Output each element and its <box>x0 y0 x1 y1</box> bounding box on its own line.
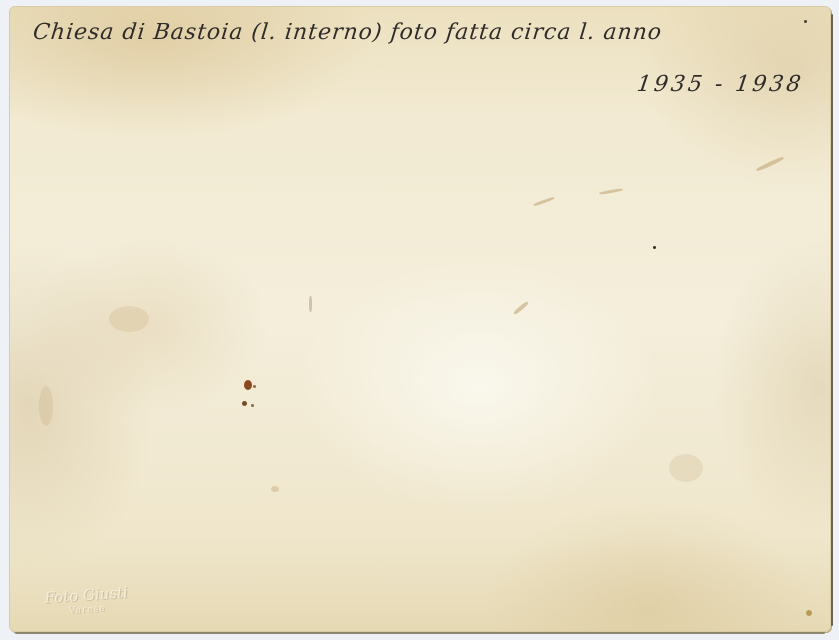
paper-stain <box>756 156 785 172</box>
rust-stain <box>251 404 254 407</box>
dust-speck <box>804 20 807 23</box>
rust-stain <box>244 380 252 390</box>
paper-stain <box>533 196 555 206</box>
paper-stain <box>271 486 279 492</box>
photo-back-card: Chiesa di Bastoia (l. interno) foto fatt… <box>9 6 831 632</box>
paper-stain <box>309 296 312 312</box>
handwritten-caption: Chiesa di Bastoia (l. interno) foto fatt… <box>32 20 664 45</box>
embossed-photographer-stamp: Foto Giusti Varese <box>44 585 129 621</box>
dust-speck <box>806 610 812 616</box>
paper-stain <box>599 188 623 195</box>
rust-stain <box>242 401 247 406</box>
scanned-photo-back: Chiesa di Bastoia (l. interno) foto fatt… <box>0 0 839 640</box>
paper-stain <box>109 306 149 332</box>
paper-stain <box>669 454 703 482</box>
rust-stain <box>253 385 256 388</box>
handwritten-date-range: 1935 - 1938 <box>635 72 805 97</box>
paper-stain <box>513 301 529 316</box>
dust-speck <box>653 246 656 249</box>
paper-stain <box>39 386 53 426</box>
